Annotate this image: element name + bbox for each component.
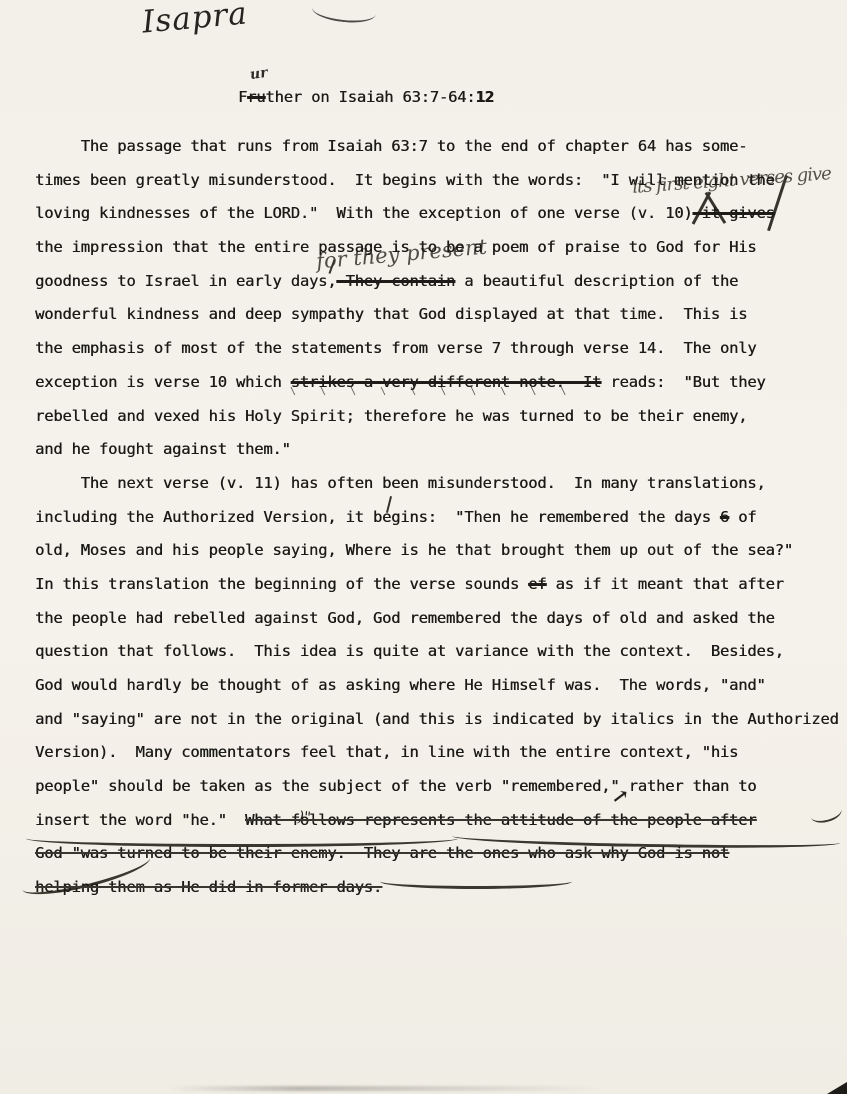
scan-corner-artifact [827, 1082, 847, 1094]
typed-line: Version). Many commentators feel that, i… [35, 736, 840, 770]
typed-line: exception is verse 10 which strikes a ve… [35, 366, 840, 400]
typed-line: the people had rebelled against God, God… [35, 602, 840, 636]
text-segment: F [238, 88, 247, 106]
text-segment: rebelled and vexed his Holy Spirit; ther… [35, 407, 747, 425]
text-segment: of [729, 508, 756, 526]
text-segment: goodness to Israel in early days, [35, 272, 336, 290]
typed-line: goodness to Israel in early days, They c… [35, 265, 840, 299]
text-segment: the emphasis of most of the statements f… [35, 339, 756, 357]
typed-body: The passage that runs from Isaiah 63:7 t… [35, 130, 840, 905]
typed-line: old, Moses and his people saying, Where … [35, 534, 840, 568]
text-segment: question that follows. This idea is quit… [35, 642, 784, 660]
typed-line: and "saying" are not in the original (an… [35, 703, 840, 737]
text-segment: exception is verse 10 which [35, 373, 291, 391]
text-segment: loving kindnesses of the LORD." With the… [35, 204, 693, 222]
text-segment: God would hardly be thought of as asking… [35, 676, 766, 694]
text-segment: ru [247, 88, 265, 106]
text-segment: 6 [720, 508, 729, 526]
text-segment: In this translation the beginning of the… [35, 575, 528, 593]
text-segment: times been greatly misunderstood. It beg… [35, 171, 775, 189]
text-segment: ef [528, 575, 546, 593]
scan-smudge [170, 1086, 600, 1091]
page-title: Fruther on Isaiah 63:7-64:12 [238, 88, 494, 106]
typed-line: helping them as He did in former days. [35, 871, 840, 905]
text-segment: God "was turned to be their enemy. They … [35, 844, 729, 862]
typed-line: rebelled and vexed his Holy Spirit; ther… [35, 400, 840, 434]
text-segment: 12 [475, 88, 493, 106]
text-segment: What follows represents the attitude of … [245, 811, 756, 829]
text-segment: Version). Many commentators feel that, i… [35, 743, 738, 761]
handwritten-title-correction: ur [249, 65, 269, 83]
text-segment: people" should be taken as the subject o… [35, 777, 756, 795]
text-segment: the impression that the entire passage i… [35, 238, 756, 256]
text-segment: old, Moses and his people saying, Where … [35, 541, 793, 559]
typed-line: In this translation the beginning of the… [35, 568, 840, 602]
text-segment: wonderful kindness and deep sympathy tha… [35, 305, 747, 323]
text-segment: reads: "But they [601, 373, 765, 391]
typed-line: times been greatly misunderstood. It beg… [35, 164, 840, 198]
typed-line: and he fought against them." [35, 433, 840, 467]
typed-line: the impression that the entire passage i… [35, 231, 840, 265]
typed-line: people" should be taken as the subject o… [35, 770, 840, 804]
typed-line: insert the word "he." What follows repre… [35, 804, 840, 838]
manuscript-page: Isapra ur its first eight verses give fo… [0, 0, 847, 1094]
typed-line: The passage that runs from Isaiah 63:7 t… [35, 130, 840, 164]
text-segment: strikes a very different note. It [291, 373, 601, 391]
typed-line: the emphasis of most of the statements f… [35, 332, 840, 366]
typed-line: loving kindnesses of the LORD." With the… [35, 197, 840, 231]
text-segment: and "saying" are not in the original (an… [35, 710, 839, 728]
pen-curve-mark [311, 0, 377, 25]
handwritten-corner-note: Isapra [141, 0, 250, 41]
text-segment: The next verse (v. 11) has often been mi… [35, 474, 766, 492]
text-segment: as if it meant that after [546, 575, 783, 593]
typed-line: wonderful kindness and deep sympathy tha… [35, 298, 840, 332]
text-segment: ther on Isaiah 63:7-64: [265, 88, 475, 106]
text-segment: a beautiful description of the [455, 272, 738, 290]
text-segment: including the Authorized Version, it beg… [35, 508, 720, 526]
text-segment: helping them as He did in former days. [35, 878, 382, 896]
text-segment: The passage that runs from Isaiah 63:7 t… [35, 137, 747, 155]
typed-line: God "was turned to be their enemy. They … [35, 837, 840, 871]
text-segment: the people had rebelled against God, God… [35, 609, 775, 627]
text-segment: They contain [336, 272, 455, 290]
typed-line: The next verse (v. 11) has often been mi… [35, 467, 840, 501]
text-segment: it gives [693, 204, 775, 222]
typed-line: including the Authorized Version, it beg… [35, 501, 840, 535]
typed-line: God would hardly be thought of as asking… [35, 669, 840, 703]
text-segment: and he fought against them." [35, 440, 291, 458]
text-segment: insert the word "he." [35, 811, 245, 829]
typed-line: question that follows. This idea is quit… [35, 635, 840, 669]
